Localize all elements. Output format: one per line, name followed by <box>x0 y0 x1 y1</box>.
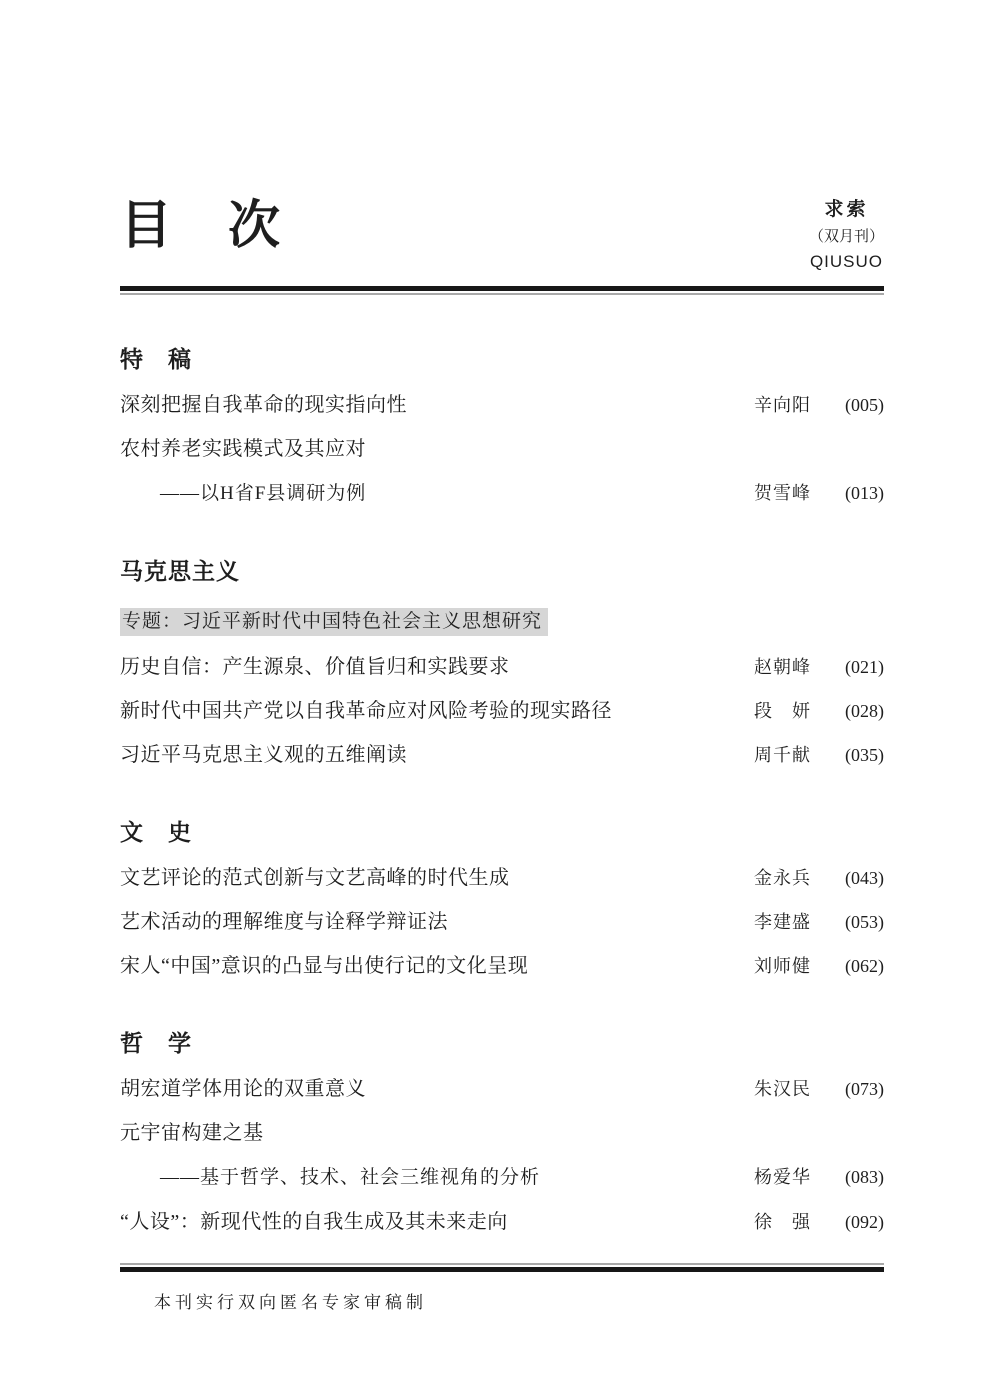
article-row: 文艺评论的范式创新与文艺高峰的时代生成 金永兵 (043) <box>120 865 884 891</box>
article-subtitle-row: ——基于哲学、技术、社会三维视角的分析 杨爱华 (083) <box>120 1164 884 1191</box>
article-page-number: (013) <box>845 480 884 506</box>
footer-note: 本刊实行双向匿名专家审稿制 <box>154 1288 884 1313</box>
article-row: 元宇宙构建之基 <box>120 1120 884 1146</box>
article-row: 深刻把握自我革命的现实指向性 辛向阳 (005) <box>120 392 884 418</box>
journal-name: 求索 <box>809 199 884 221</box>
article-author: 朱汉民 <box>754 1076 811 1102</box>
journal-subtitle: （双月刊） <box>809 227 884 247</box>
author-page: 徐 强 (092) <box>754 1209 884 1235</box>
article-author: 杨爱华 <box>754 1164 811 1190</box>
article-page-number: (092) <box>845 1209 884 1235</box>
section-tegao: 特 稿 深刻把握自我革命的现实指向性 辛向阳 (005) 农村养老实践模式及其应… <box>120 345 884 507</box>
article-row: 宋人“中国”意识的凸显与出使行记的文化呈现 刘师健 (062) <box>120 953 884 979</box>
article-author: 刘师健 <box>754 953 811 979</box>
article-title: 艺术活动的理解维度与诠释学辩证法 <box>120 909 448 935</box>
author-page: 金永兵 (043) <box>754 865 884 891</box>
topic-note-highlight: 专题：习近平新时代中国特色社会主义思想研究 <box>120 608 548 636</box>
header-rule-thin <box>120 293 884 295</box>
article-title: 宋人“中国”意识的凸显与出使行记的文化呈现 <box>120 953 528 979</box>
author-page: 赵朝峰 (021) <box>754 654 884 680</box>
page-header: 目 次 求索 （双月刊） QIUSUO <box>120 0 884 272</box>
article-row: “人设”：新现代性的自我生成及其未来走向 徐 强 (092) <box>120 1209 884 1235</box>
article-row: 胡宏道学体用论的双重意义 朱汉民 (073) <box>120 1076 884 1102</box>
footer-rule-thin <box>120 1263 884 1265</box>
author-page: 李建盛 (053) <box>754 909 884 935</box>
article-row: 新时代中国共产党以自我革命应对风险考验的现实路径 段 妍 (028) <box>120 698 884 724</box>
article-author: 段 妍 <box>754 698 811 724</box>
toc-page: 目 次 求索 （双月刊） QIUSUO 特 稿 深刻把握自我革命的现实指向性 辛… <box>0 0 1000 1400</box>
section-marxism: 马克思主义 专题：习近平新时代中国特色社会主义思想研究 历史自信：产生源泉、价值… <box>120 557 884 768</box>
header-rule <box>120 286 884 295</box>
article-row: 习近平马克思主义观的五维阐读 周千献 (035) <box>120 742 884 768</box>
article-title: “人设”：新现代性的自我生成及其未来走向 <box>120 1209 508 1235</box>
section-wenshi: 文 史 文艺评论的范式创新与文艺高峰的时代生成 金永兵 (043) 艺术活动的理… <box>120 818 884 979</box>
article-page-number: (062) <box>845 953 884 979</box>
section-heading: 马克思主义 <box>120 557 884 586</box>
author-page: 朱汉民 (073) <box>754 1076 884 1102</box>
article-subtitle-row: ——以H省F县调研为例 贺雪峰 (013) <box>120 480 884 507</box>
article-title: 习近平马克思主义观的五维阐读 <box>120 742 407 768</box>
article-row: 历史自信：产生源泉、价值旨归和实践要求 赵朝峰 (021) <box>120 654 884 680</box>
article-author: 赵朝峰 <box>754 654 811 680</box>
article-page-number: (005) <box>845 392 884 418</box>
article-page-number: (043) <box>845 865 884 891</box>
article-row: 艺术活动的理解维度与诠释学辩证法 李建盛 (053) <box>120 909 884 935</box>
page-content: 目 次 求索 （双月刊） QIUSUO 特 稿 深刻把握自我革命的现实指向性 辛… <box>0 0 1000 1235</box>
article-title: 历史自信：产生源泉、价值旨归和实践要求 <box>120 654 510 680</box>
author-page: 杨爱华 (083) <box>754 1164 884 1190</box>
header-rule-thick <box>120 286 884 291</box>
article-author: 李建盛 <box>754 909 811 935</box>
article-title: 胡宏道学体用论的双重意义 <box>120 1076 366 1102</box>
section-heading: 文 史 <box>120 818 884 847</box>
article-page-number: (035) <box>845 742 884 768</box>
article-author: 贺雪峰 <box>754 480 811 506</box>
article-page-number: (053) <box>845 909 884 935</box>
footer-rule-thick <box>120 1267 884 1272</box>
article-author: 金永兵 <box>754 865 811 891</box>
article-subtitle: ——基于哲学、技术、社会三维视角的分析 <box>120 1165 540 1191</box>
author-page: 周千献 (035) <box>754 742 884 768</box>
article-title: 元宇宙构建之基 <box>120 1120 264 1146</box>
article-title: 农村养老实践模式及其应对 <box>120 436 366 462</box>
author-page: 贺雪峰 (013) <box>754 480 884 506</box>
article-title: 深刻把握自我革命的现实指向性 <box>120 392 407 418</box>
article-title: 文艺评论的范式创新与文艺高峰的时代生成 <box>120 865 510 891</box>
section-zhexue: 哲 学 胡宏道学体用论的双重意义 朱汉民 (073) 元宇宙构建之基 ——基于哲… <box>120 1029 884 1235</box>
article-subtitle: ——以H省F县调研为例 <box>120 481 366 507</box>
author-page: 段 妍 (028) <box>754 698 884 724</box>
article-row: 农村养老实践模式及其应对 <box>120 436 884 462</box>
author-page: 辛向阳 (005) <box>754 392 884 418</box>
article-page-number: (083) <box>845 1164 884 1190</box>
article-page-number: (028) <box>845 698 884 724</box>
article-page-number: (021) <box>845 654 884 680</box>
article-author: 徐 强 <box>754 1209 811 1235</box>
page-footer: 本刊实行双向匿名专家审稿制 <box>120 1263 884 1313</box>
author-page: 刘师健 (062) <box>754 953 884 979</box>
section-heading: 哲 学 <box>120 1029 884 1058</box>
article-title: 新时代中国共产党以自我革命应对风险考验的现实路径 <box>120 698 612 724</box>
article-author: 辛向阳 <box>754 392 811 418</box>
section-heading: 特 稿 <box>120 345 884 374</box>
topic-note-wrap: 专题：习近平新时代中国特色社会主义思想研究 <box>120 608 884 636</box>
toc-title: 目 次 <box>120 197 282 257</box>
article-author: 周千献 <box>754 742 811 768</box>
journal-name-en: QIUSUO <box>809 252 884 272</box>
journal-masthead: 求索 （双月刊） QIUSUO <box>809 197 884 272</box>
article-page-number: (073) <box>845 1076 884 1102</box>
